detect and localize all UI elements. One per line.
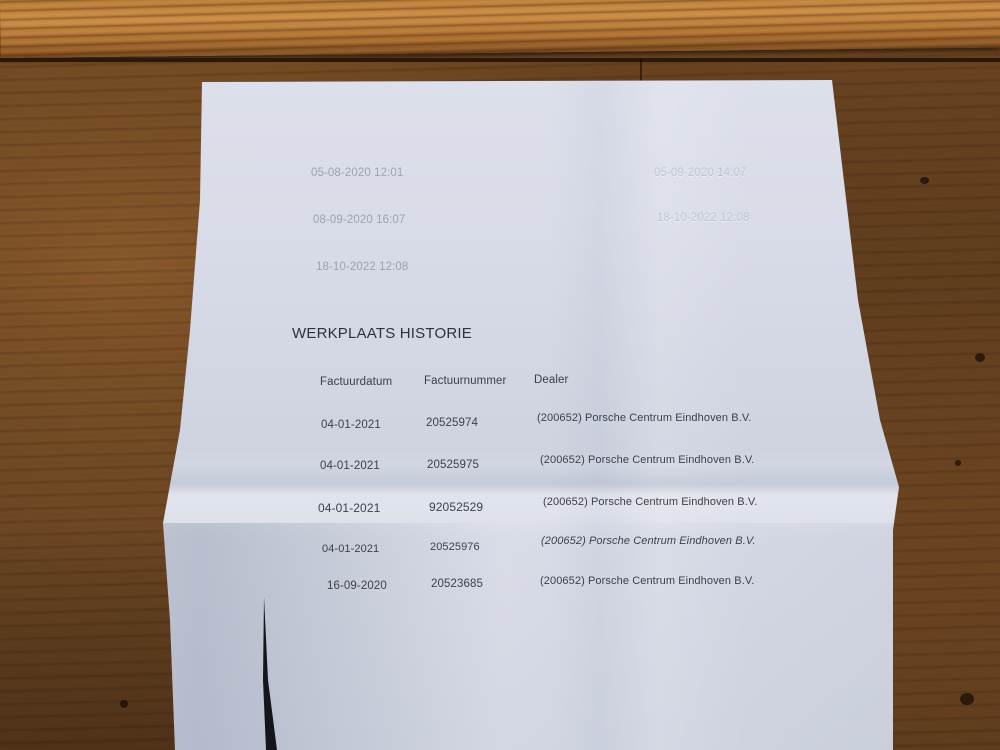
date-log-timestamp: 18-10-2022 12:08 (316, 261, 408, 273)
invoice-number: 20525974 (426, 417, 478, 429)
dealer-name: (200652) Porsche Centrum Eindhoven B.V. (540, 454, 754, 466)
date-log-secondary: 18-10-2022 12:08 (657, 212, 749, 224)
invoice-number: 92052529 (429, 500, 483, 514)
column-header-number: Factuurnummer (424, 375, 506, 387)
dealer-name: (200652) Porsche Centrum Eindhoven B.V. (543, 496, 757, 508)
column-header-dealer: Dealer (534, 374, 568, 386)
invoice-date: 04-01-2021 (322, 543, 379, 555)
invoice-number: 20525975 (427, 459, 479, 471)
date-log-timestamp: 05-08-2020 12:01 (311, 167, 403, 179)
invoice-date: 04-01-2021 (320, 460, 380, 472)
section-title: WERKPLAATS HISTORIE (292, 325, 472, 342)
invoice-date: 04-01-2021 (321, 419, 381, 431)
wood-knot (960, 693, 974, 705)
dealer-name: (200652) Porsche Centrum Eindhoven B.V. (540, 575, 754, 587)
invoice-date: 16-09-2020 (327, 580, 387, 592)
column-header-date: Factuurdatum (320, 376, 392, 388)
date-log-secondary: 05-09-2020 14:07 (654, 167, 746, 179)
dealer-name: (200652) Porsche Centrum Eindhoven B.V. (541, 535, 756, 547)
wood-knot (920, 177, 929, 184)
wood-knot (120, 700, 128, 708)
invoice-number: 20523685 (431, 578, 483, 590)
invoice-number: 20525976 (430, 541, 480, 553)
wood-knot (955, 460, 961, 466)
dealer-name: (200652) Porsche Centrum Eindhoven B.V. (537, 412, 751, 424)
invoice-date: 04-01-2021 (318, 501, 380, 515)
date-log-timestamp: 08-09-2020 16:07 (313, 214, 405, 226)
plank-gap (0, 58, 1000, 62)
wood-knot (975, 353, 985, 362)
